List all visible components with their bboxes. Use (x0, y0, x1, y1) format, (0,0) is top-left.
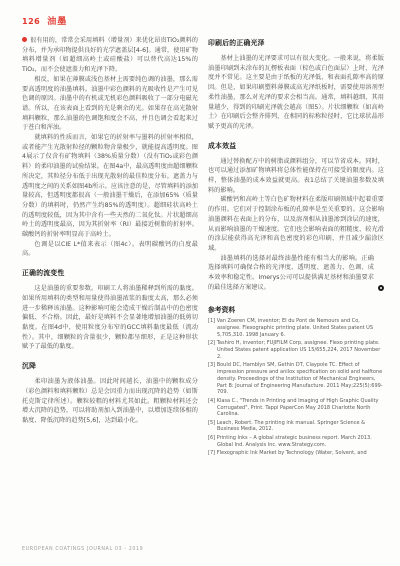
reference-number: [7] (208, 450, 215, 456)
reference-text: Klasa C., "Trends in Printing and Imagin… (217, 398, 379, 418)
subheading-gloss: 印刷后的正确光泽 (208, 39, 384, 47)
paragraph: 柔印油墨为液体油墨。因此时间越长，油墨中的颗粒成分（彩色颜料和填料颗粒）总是会因… (22, 377, 198, 426)
left-column: 很有用的，常常会采用填料（增量剂）来优化昂贵TiO₂颜料的分布，并为承印物提供良… (22, 36, 198, 458)
reference-number: [2] (208, 340, 215, 346)
reference-text: Van Zoeren CM, inventor; EI du Pont de N… (217, 318, 373, 338)
reference-item: [7] Flexographic Ink Market by Technolog… (208, 450, 384, 457)
paragraph: 色调是以CIE L*值来表示（图4c）。表明碳酸钙的白度最高。 (22, 240, 198, 259)
two-column-layout: 很有用的，常常会采用填料（增量剂）来优化昂贵TiO₂颜料的分布，并为承印物提供良… (22, 36, 384, 458)
paragraph: 就填料的性质而言，如果它的折射率与墨料的折射率相似，或者能产生光散射粒径的颗粒物… (22, 133, 198, 240)
paragraph: 很有用的，常常会采用填料（增量剂）来优化昂贵TiO₂颜料的分布，并为承印物提供良… (22, 36, 198, 75)
reference-number: [4] (208, 398, 215, 404)
paragraph: 碳酸钙和高岭土等白色矿物材料在柔版印刷领域中起着重要的作用。它们对于控制涂布板的… (208, 195, 384, 253)
reference-item: [6] Printing Inks – A global strategic b… (208, 435, 384, 449)
continuation-marker-icon (22, 37, 27, 42)
reference-item: [4] Klasa C., "Trends in Printing and Im… (208, 398, 384, 418)
reference-text: Tashiro H, inventor; FUJIFILM Corp, assi… (217, 340, 381, 360)
magazine-page: 126 油墨 很有用的，常常会采用填料（增量剂）来优化昂贵TiO₂颜料的分布，并… (0, 0, 400, 566)
paragraph: 基材上油墨的光泽要求可以有很大变化。一般来说，将柔版油墨印刷到未涂布的瓦楞板表面… (208, 54, 384, 132)
page-header: 126 油墨 (22, 14, 384, 27)
reference-text: Flexographic Ink Market by Technology (W… (217, 450, 367, 456)
reference-number: [5] (208, 420, 215, 426)
paragraph-text: 很有用的，常常会采用填料（增量剂）来优化昂贵TiO₂颜料的分布，并为承印物提供良… (22, 37, 198, 73)
reference-text: Printing Inks – A global strategic busin… (217, 435, 372, 448)
reference-item: [3] Bould DC, Hamblyn SM, Gethin DT, Cla… (208, 362, 384, 396)
reference-text: Leach, Robert. The printing ink manual. … (217, 420, 365, 433)
subheading-cost: 成本效益 (208, 142, 384, 150)
paragraph: 通过替换配方中的树脂或颜料组分，可以节省成本。同时，也可以通过添加矿物填料将总体… (208, 157, 384, 196)
references-heading: 参考资料 (208, 304, 384, 314)
reference-number: [3] (208, 362, 215, 368)
reference-item: [5] Leach, Robert. The printing ink manu… (208, 420, 384, 434)
right-column: 印刷后的正确光泽 基材上油墨的光泽要求可以有很大变化。一般来说，将柔版油墨印刷到… (208, 36, 384, 458)
reference-text: Bould DC, Hamblyn SM, Gethin DT, Claypol… (217, 362, 383, 395)
subheading-settling: 沉降 (22, 362, 198, 370)
references-list: [1] Van Zoeren CM, inventor; EI du Pont … (208, 318, 384, 456)
subheading-rheology: 正确的流变性 (22, 269, 198, 277)
article-end-icon (378, 285, 384, 291)
reference-item: [2] Tashiro H, inventor; FUJIFILM Corp, … (208, 340, 384, 360)
reference-number: [6] (208, 435, 215, 441)
reference-number: [1] (208, 318, 215, 324)
page-number: 126 (22, 17, 40, 26)
paragraph-text: 油墨填料的选择对最终油墨性能有相当大的影响。正确选择填料可确保合格的光泽度、透明… (208, 255, 374, 291)
footer-journal-line: EUROPEAN COATINGS JOURNAL 03 - 2019 (22, 547, 143, 552)
paragraph: 这是油墨的重要参数。印刷工人将油墨稀释到所需的黏度。如果所用填料的类型和用量使得… (22, 284, 198, 352)
paragraph: 相反，如果在薄膜或浅色基材上需要纯色调的油墨，那么需要高透明度的油墨填料。油墨中… (22, 75, 198, 133)
reference-item: [1] Van Zoeren CM, inventor; EI du Pont … (208, 318, 384, 338)
paragraph: 油墨填料的选择对最终油墨性能有相当大的影响。正确选择填料可确保合格的光泽度、透明… (208, 254, 384, 293)
section-title: 油墨 (47, 14, 67, 27)
